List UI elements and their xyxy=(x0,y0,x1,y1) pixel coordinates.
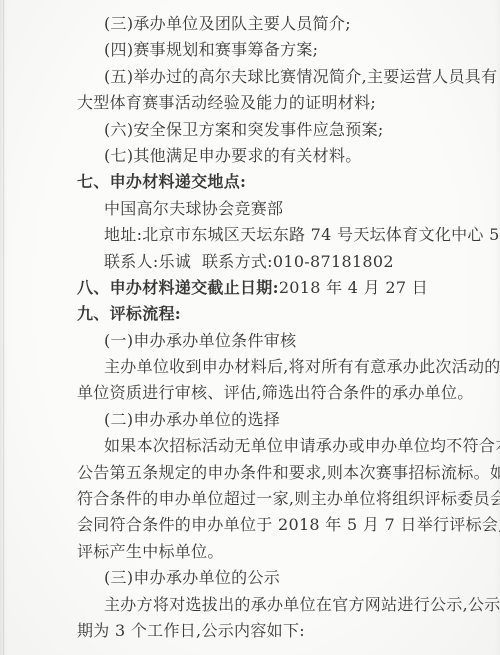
document-line: 如果本次招标活动无单位申请承办或申办单位均不符合本 xyxy=(77,433,473,459)
document-line: 主办方将对选拔出的承办单位在官方网站进行公示,公示 xyxy=(77,592,473,618)
document-line: 大型体育赛事活动经验及能力的证明材料; xyxy=(77,90,473,116)
document-line: (一)申办承办单位条件审核 xyxy=(77,328,473,354)
document-line: (六)安全保卫方案和突发事件应急预案; xyxy=(77,117,473,143)
document-line: 会同符合条件的申办单位于 2018 年 5 月 7 日举行评标会,通过 xyxy=(77,512,473,538)
document-line: (四)赛事规划和赛事筹备方案; xyxy=(77,37,473,63)
document-line: 地址:北京市东城区天坛东路 74 号天坛体育文化中心 505 xyxy=(77,222,473,248)
document-line: 中国高尔夫球协会竞赛部 xyxy=(77,196,473,222)
document-line: 九、评标流程: xyxy=(77,301,473,327)
document-line: 单位资质进行审核、评估,筛选出符合条件的承办单位。 xyxy=(77,380,473,406)
document-line: (三)承办单位及团队主要人员简介; xyxy=(77,11,473,37)
document-line: (三)申办承办单位的公示 xyxy=(77,565,473,591)
document-line: (二)申办承办单位的选择 xyxy=(77,407,473,433)
heading-value: 2018 年 4 月 27 日 xyxy=(279,278,428,297)
document-line: 八、申办材料递交截止日期:2018 年 4 月 27 日 xyxy=(77,275,473,301)
document-page: (三)承办单位及团队主要人员简介;(四)赛事规划和赛事筹备方案;(五)举办过的高… xyxy=(0,0,500,655)
document-line: (七)其他满足申办要求的有关材料。 xyxy=(77,143,473,169)
document-line: (五)举办过的高尔夫球比赛情况简介,主要运营人员具有 xyxy=(77,64,473,90)
document-line: 公告第五条规定的申办条件和要求,则本次赛事招标流标。如果 xyxy=(77,460,473,486)
heading-label: 八、申办材料递交截止日期: xyxy=(77,278,279,297)
document-line: 评标产生中标单位。 xyxy=(77,539,473,565)
document-line: 联系人:乐诚 联系方式:010-87181802 xyxy=(77,249,473,275)
document-line: 主办单位收到申办材料后,将对所有有意承办此次活动的 xyxy=(77,354,473,380)
scan-edge-shadow xyxy=(3,0,4,655)
document-line: 符合条件的申办单位超过一家,则主办单位将组织评标委员会, xyxy=(77,486,473,512)
document-line: 七、申办材料递交地点: xyxy=(77,169,473,195)
document-body: (三)承办单位及团队主要人员简介;(四)赛事规划和赛事筹备方案;(五)举办过的高… xyxy=(77,11,473,644)
document-line: 期为 3 个工作日,公示内容如下: xyxy=(77,618,473,644)
